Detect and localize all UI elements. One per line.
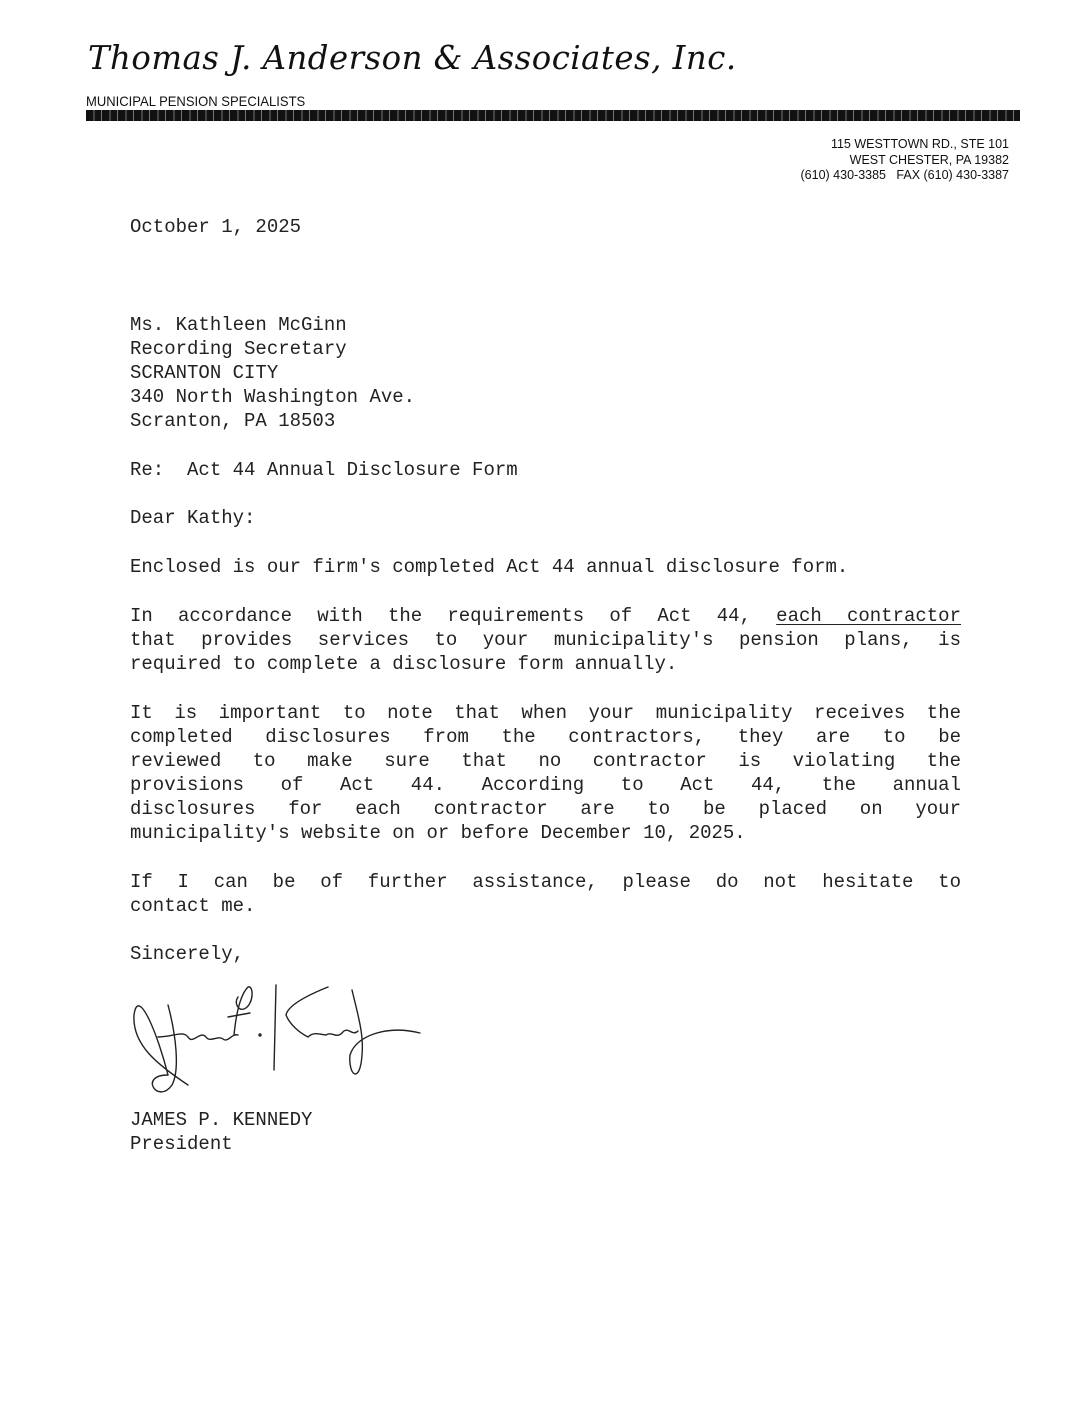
company-tagline: MUNICIPAL PENSION SPECIALISTS (86, 93, 305, 109)
paragraph-3-line-6: municipality's website on or before Dece… (130, 822, 746, 844)
signer-title: President (130, 1133, 233, 1155)
recipient-title: Recording Secretary (130, 338, 347, 360)
subject-line: Re: Act 44 Annual Disclosure Form (130, 459, 518, 481)
company-address: 115 WESTTOWN RD., STE 101 WEST CHESTER, … (801, 137, 1009, 184)
salutation: Dear Kathy: (130, 507, 255, 529)
address-line1: 115 WESTTOWN RD., STE 101 (801, 137, 1009, 153)
recipient-name: Ms. Kathleen McGinn (130, 314, 347, 336)
recipient-street: 340 North Washington Ave. (130, 386, 415, 408)
paragraph-3-line-4: provisions of Act 44. According to Act 4… (130, 774, 961, 796)
address-line2: WEST CHESTER, PA 19382 (801, 153, 1009, 169)
contact-line: (610) 430-3385 FAX (610) 430-3387 (801, 168, 1009, 184)
paragraph-2-line-3: required to complete a disclosure form a… (130, 653, 677, 675)
paragraph-4-line-1: If I can be of further assistance, pleas… (130, 871, 961, 893)
closing: Sincerely, (130, 943, 244, 965)
fax: FAX (610) 430-3387 (896, 168, 1009, 182)
paragraph-4-line-2: contact me. (130, 895, 255, 917)
paragraph-3-line-2: completed disclosures from the contracto… (130, 726, 961, 748)
recipient-city: Scranton, PA 18503 (130, 410, 335, 432)
company-logo: Thomas J. Anderson & Associates, Inc. (88, 38, 737, 77)
letter-date: October 1, 2025 (130, 216, 301, 238)
paragraph-3-line-1: It is important to note that when your m… (130, 702, 961, 724)
letterhead-rule (86, 110, 1020, 121)
paragraph-1: Enclosed is our firm's completed Act 44 … (130, 556, 848, 578)
recipient-organization: SCRANTON CITY (130, 362, 278, 384)
signer-name: JAMES P. KENNEDY (130, 1109, 312, 1131)
paragraph-2-line-1: In accordance with the requirements of A… (130, 605, 961, 627)
signature-image (128, 975, 428, 1095)
emphasis-each-contractor: each contractor (776, 605, 961, 627)
phone: (610) 430-3385 (801, 168, 886, 182)
paragraph-2-line-2: that provides services to your municipal… (130, 629, 961, 651)
paragraph-3-line-5: disclosures for each contractor are to b… (130, 798, 961, 820)
paragraph-3-line-3: reviewed to make sure that no contractor… (130, 750, 961, 772)
